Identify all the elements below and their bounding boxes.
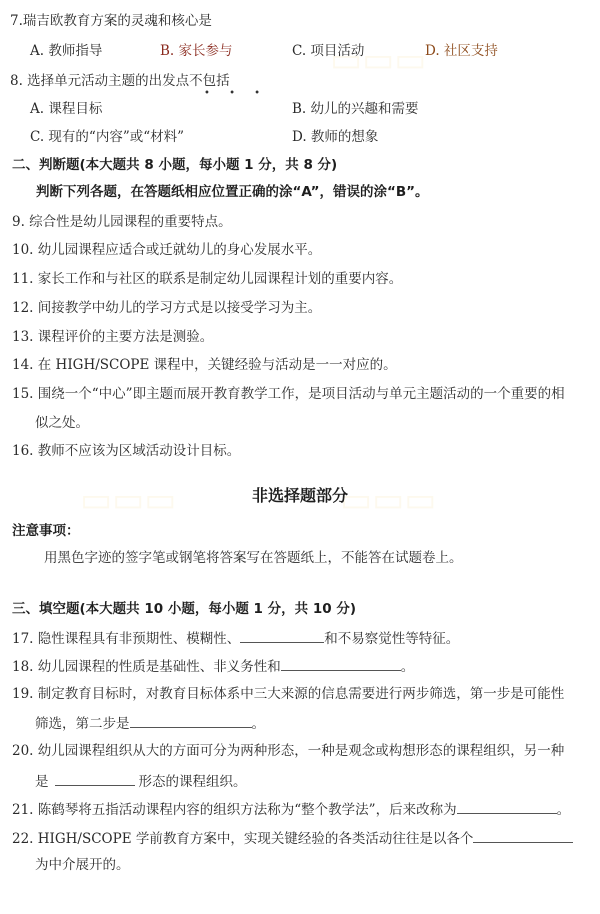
- q7-option-d[interactable]: D. 社区支持: [425, 42, 498, 60]
- q17-before: 17. 隐性课程具有非预期性、模糊性、: [12, 631, 240, 647]
- q18-before: 18. 幼儿园课程的性质是基础性、非义务性和: [12, 659, 281, 675]
- section3-heading: 三、填空题(本大题共 10 小题，每小题 1 分，共 10 分): [12, 600, 356, 618]
- fill-item-18: 18. 幼儿园课程的性质是基础性、非义务性和。: [12, 656, 414, 676]
- q8-option-c[interactable]: C. 现有的“内容”或“材料”: [30, 128, 184, 146]
- q22-blank[interactable]: [473, 828, 573, 843]
- tf-item-11: 11. 家长工作和与社区的联系是制定幼儿园课程计划的重要内容。: [12, 270, 402, 288]
- notice-text: 用黑色字迹的签字笔或钢笔将答案写在答题纸上，不能答在试题卷上。: [44, 549, 463, 567]
- q18-blank[interactable]: [281, 656, 401, 671]
- tf-item-15: 15. 围绕一个“中心”即主题而展开教育教学工作，是项目活动与单元主题活动的一个…: [12, 385, 565, 403]
- section2-heading: 二、判断题(本大题共 8 小题，每小题 1 分，共 8 分): [12, 156, 337, 174]
- q17-after: 和不易察觉性等特征。: [324, 631, 459, 647]
- q7-option-a[interactable]: A. 教师指导: [30, 42, 102, 60]
- section2-instruction: 判断下列各题，在答题纸相应位置正确的涂“A”，错误的涂“B”。: [36, 183, 429, 201]
- part-title: 非选择题部分: [0, 483, 600, 506]
- q8-stem: 8. 选择单元活动主题的出发点不包括: [10, 72, 230, 90]
- fill-item-19: 19. 制定教育目标时，对教育目标体系中三大来源的信息需要进行两步筛选，第一步是…: [12, 685, 564, 703]
- fill-item-20-cont: 是形态的课程组织。: [35, 771, 247, 791]
- q21-after: 。: [557, 802, 571, 818]
- tf-item-16: 16. 教师不应该为区域活动设计目标。: [12, 442, 240, 460]
- tf-item-9: 9. 综合性是幼儿园课程的重要特点。: [12, 213, 232, 231]
- q7-option-b[interactable]: B. 家长参与: [160, 42, 233, 60]
- fill-item-19-cont: 筛选，第二步是。: [35, 713, 265, 733]
- q19-after: 。: [252, 716, 266, 732]
- q8-option-b[interactable]: B. 幼儿的兴趣和需要: [292, 100, 419, 118]
- fill-item-20: 20. 幼儿园课程组织从大的方面可分为两种形态，一种是观念或构想形态的课程组织，…: [12, 742, 564, 760]
- fill-item-22: 22. HIGH/SCOPE 学前教育方案中，实现关键经验的各类活动往往是以各个: [12, 828, 573, 848]
- emphasis-dots: • • •: [204, 88, 268, 99]
- q21-before: 21. 陈鹤琴将五指活动课程内容的组织方法称为“整个教学法”，后来改称为: [12, 802, 457, 818]
- q8-option-d[interactable]: D. 教师的想象: [292, 128, 378, 146]
- q22-before: 22. HIGH/SCOPE 学前教育方案中，实现关键经验的各类活动往往是以各个: [12, 831, 473, 847]
- q21-blank[interactable]: [457, 799, 557, 814]
- tf-item-10: 10. 幼儿园课程应适合或迁就幼儿的身心发展水平。: [12, 241, 321, 259]
- q18-after: 。: [401, 659, 415, 675]
- q7-stem: 7.瑞吉欧教育方案的灵魂和核心是: [10, 12, 212, 30]
- fill-item-17: 17. 隐性课程具有非预期性、模糊性、和不易察觉性等特征。: [12, 628, 459, 648]
- tf-item-13: 13. 课程评价的主要方法是测验。: [12, 328, 213, 346]
- q7-option-c[interactable]: C. 项目活动: [292, 42, 364, 60]
- q20-blank[interactable]: [55, 771, 135, 786]
- tf-item-15-cont: 似之处。: [35, 414, 89, 432]
- q19-before: 筛选，第二步是: [35, 716, 130, 732]
- q8-option-a[interactable]: A. 课程目标: [30, 100, 102, 118]
- tf-item-14: 14. 在 HIGH/SCOPE 课程中，关键经验与活动是一一对应的。: [12, 356, 397, 374]
- q20-after: 形态的课程组织。: [139, 774, 247, 790]
- fill-item-22-cont: 为中介展开的。: [35, 856, 130, 874]
- q19-blank[interactable]: [130, 713, 252, 728]
- q17-blank[interactable]: [240, 628, 324, 643]
- q20-before: 是: [35, 774, 49, 790]
- notice-label: 注意事项：: [12, 522, 80, 540]
- tf-item-12: 12. 间接教学中幼儿的学习方式是以接受学习为主。: [12, 299, 321, 317]
- fill-item-21: 21. 陈鹤琴将五指活动课程内容的组织方法称为“整个教学法”，后来改称为。: [12, 799, 570, 819]
